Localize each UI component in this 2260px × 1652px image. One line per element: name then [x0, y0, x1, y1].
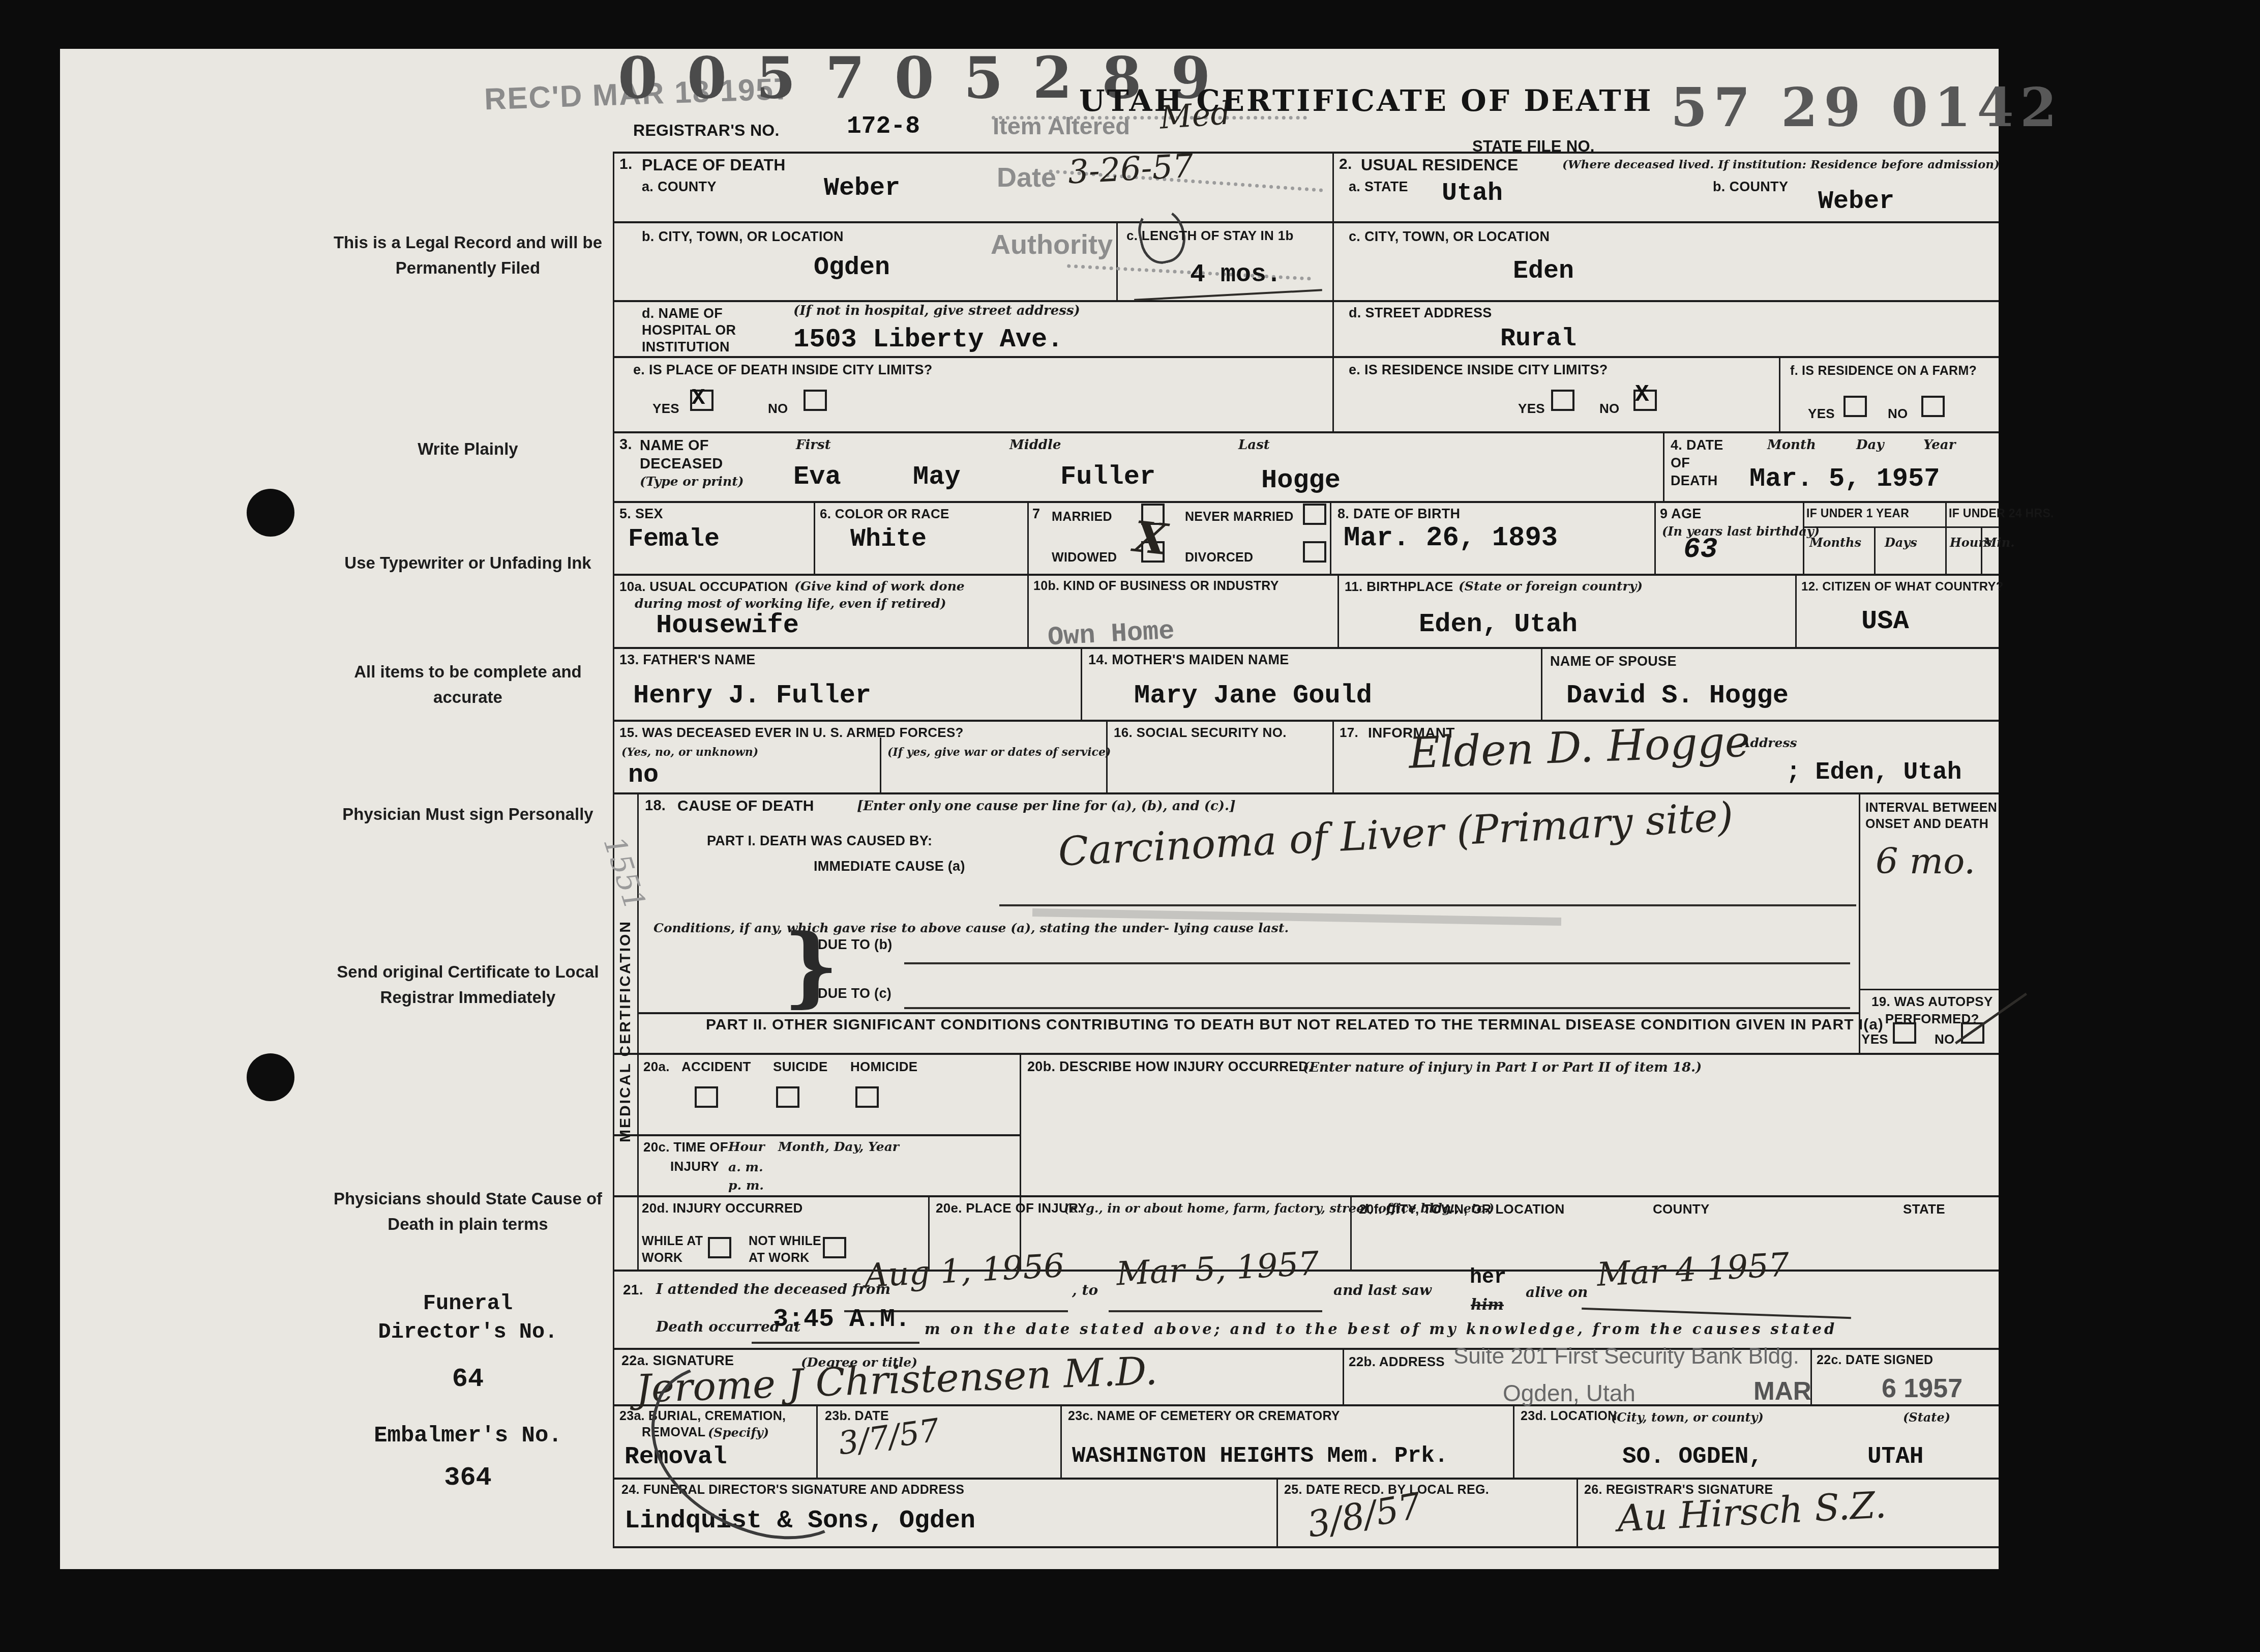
s20c-am-label: a. m. — [728, 1160, 763, 1174]
s2e-label: e. IS RESIDENCE INSIDE CITY LIMITS? — [1349, 362, 1608, 378]
s12-value: USA — [1861, 606, 1909, 636]
s10a-hint2: during most of working life, even if ret… — [635, 596, 946, 611]
s8-value: Mar. 26, 1893 — [1344, 523, 1558, 554]
s10a-hint1: (Give kind of work done — [794, 579, 965, 594]
s2f-yes-checkbox — [1843, 396, 1867, 417]
grid-line — [1874, 526, 1876, 574]
grid-line — [1276, 1478, 1278, 1546]
s2e-yes-checkbox — [1551, 390, 1574, 411]
s2-number: 2. — [1339, 156, 1352, 173]
s22c-label: 22c. DATE SIGNED — [1817, 1353, 1933, 1368]
hole-punch-bottom — [247, 1053, 294, 1101]
grid-line — [880, 737, 881, 792]
s2c-label: c. CITY, TOWN, OR LOCATION — [1349, 229, 1550, 245]
s3-middle-value: Fuller — [1060, 462, 1155, 492]
margin-note-write-plainly: Write Plainly — [325, 436, 610, 462]
s9-under1-label: IF UNDER 1 YEAR — [1806, 507, 1909, 520]
s7-divorced-checkbox — [1303, 541, 1326, 563]
grid-line — [1981, 526, 1982, 574]
s1e-yes-label: YES — [652, 401, 679, 417]
s21-her-label: her — [1470, 1266, 1506, 1289]
s20f-state-header: STATE — [1903, 1201, 1945, 1217]
s22b-address-stamp-line1: Suite 201 First Security Bank Bldg. — [1453, 1344, 1799, 1369]
s9-days-header: Days — [1885, 535, 1917, 550]
grid-line — [1859, 792, 1860, 1053]
interval-label: INTERVAL BETWEEN ONSET AND DEATH — [1865, 800, 1997, 832]
s20c-hour-header: Hour — [728, 1139, 765, 1154]
grid-line — [1859, 989, 1999, 990]
s20a-accident-label: ACCIDENT — [681, 1059, 751, 1075]
s3-last-header: Last — [1238, 437, 1270, 453]
grid-line — [613, 356, 1999, 358]
s21-text1: I attended the deceased from — [656, 1281, 890, 1297]
margin-note-send-original: Send original Certificate to Local Regis… — [325, 959, 610, 1010]
s18-brace: } — [783, 916, 839, 1017]
s23c-value: WASHINGTON HEIGHTS Mem. Prk. — [1072, 1443, 1448, 1469]
grid-line — [613, 152, 1999, 154]
s3-first-header: First — [796, 437, 831, 453]
s21-number: 21. — [623, 1282, 643, 1298]
s9-label: 9 AGE — [1660, 506, 1702, 522]
cause-line-a — [999, 904, 1856, 906]
grid-line — [1027, 501, 1029, 574]
s7-never-married-checkbox — [1303, 504, 1326, 525]
s21-time-value: 3:45 A.M. — [773, 1305, 910, 1334]
s6-value: White — [850, 525, 927, 554]
s18-bracket-hint: [Enter only one cause per line for (a), … — [857, 799, 1235, 814]
s4-day-header: Day — [1856, 437, 1884, 453]
s20d-label: 20d. INJURY OCCURRED — [642, 1200, 803, 1216]
s23d-state-hint: (State) — [1903, 1410, 1950, 1425]
s14-value: Mary Jane Gould — [1134, 681, 1372, 711]
s2d-value: Rural — [1500, 324, 1577, 353]
s23d-label: 23d. LOCATION — [1521, 1409, 1617, 1424]
s1e-yes-mark: X — [692, 386, 705, 411]
s21-text5: m on the date stated above; and to the b… — [925, 1320, 1837, 1338]
s9-under24-label: IF UNDER 24 HRS. — [1949, 507, 2054, 520]
s15-value: no — [628, 761, 659, 790]
s2b-value: Weber — [1818, 187, 1894, 216]
s19-yes-checkbox — [1893, 1022, 1916, 1044]
s22c-date-stamp-month: MAR — [1753, 1376, 1811, 1406]
cause-line-b — [904, 962, 1850, 964]
s20c-label: 20c. TIME OF — [643, 1139, 728, 1155]
s2-hint: (Where deceased lived. If institution: R… — [1562, 158, 2000, 171]
s2e-no-mark: X — [1635, 381, 1649, 408]
grid-line — [1779, 356, 1780, 431]
grid-line — [1513, 1404, 1514, 1478]
grid-line — [1060, 1404, 1062, 1478]
grid-line — [1330, 501, 1331, 574]
s1c-value: 4 mos. — [1190, 260, 1282, 289]
spouse-value: David S. Hogge — [1566, 681, 1789, 711]
s2f-no-checkbox — [1921, 396, 1945, 417]
s15-hint1: (Yes, no, or unknown) — [621, 746, 758, 759]
s20d-not-while-checkbox — [823, 1237, 846, 1258]
s21-to-line — [1109, 1310, 1322, 1312]
s3-middle-header: Middle — [1009, 437, 1061, 453]
s19-no-label: NO — [1935, 1031, 1955, 1047]
s18-part1-label: PART I. DEATH WAS CAUSED BY: — [707, 833, 932, 849]
grid-line — [1081, 647, 1082, 720]
grid-line — [613, 574, 1999, 576]
registrars-no-value: 172-8 — [847, 113, 920, 140]
s12-label: 12. CITIZEN OF WHAT COUNTRY? — [1801, 580, 2004, 594]
grid-line — [1027, 574, 1029, 647]
s10a-value: Housewife — [656, 610, 799, 640]
s16-label: 16. SOCIAL SECURITY NO. — [1114, 725, 1287, 741]
s23d-value: SO. OGDEN, — [1622, 1443, 1763, 1470]
s8-label: 8. DATE OF BIRTH — [1337, 506, 1460, 522]
s10a-label: 10a. USUAL OCCUPATION — [619, 579, 788, 595]
s18-immediate-cause-label: IMMEDIATE CAUSE (a) — [814, 859, 965, 874]
cause-line-c — [904, 1007, 1850, 1009]
grid-line — [1577, 1478, 1578, 1546]
s20c-pm-label: p. m. — [728, 1178, 764, 1193]
s3-number: 3. — [619, 436, 632, 453]
grid-line — [1343, 1348, 1344, 1404]
grid-line — [613, 1053, 1999, 1055]
s2c-value: Eden — [1513, 257, 1574, 286]
hole-punch-top — [247, 489, 294, 537]
s1d-label: d. NAME OF HOSPITAL OR INSTITUTION — [642, 305, 736, 356]
s21-text3: alive on — [1526, 1284, 1588, 1301]
s11-hint: (State or foreign country) — [1459, 579, 1643, 594]
s20d-while-label: WHILE AT WORK — [642, 1233, 703, 1266]
grid-line — [613, 792, 1999, 794]
s23d-hint: (City, town, or county) — [1611, 1410, 1764, 1425]
funeral-director-no-label: Funeral Director's No. — [315, 1289, 620, 1346]
s18-due-c-label: DUE TO (c) — [818, 986, 891, 1001]
s7-widowed-label: WIDOWED — [1052, 550, 1117, 565]
s18-part2-label: PART II. OTHER SIGNIFICANT CONDITIONS CO… — [706, 1016, 1884, 1034]
interval-value: 6 mo. — [1876, 840, 1975, 882]
s21-time-line — [752, 1342, 919, 1344]
s7-never-married-label: NEVER MARRIED — [1185, 510, 1294, 524]
s3-title: NAME OF DECEASED — [640, 436, 723, 473]
s22b-address-stamp-line2: Ogden, Utah — [1503, 1379, 1635, 1407]
s3-last-value: Hogge — [1261, 465, 1341, 495]
s18-title: CAUSE OF DEATH — [677, 798, 814, 815]
grid-line — [1795, 574, 1797, 647]
s21-text2: and last saw — [1333, 1282, 1432, 1299]
grid-line — [1803, 526, 1999, 528]
s4-year-header: Year — [1923, 437, 1955, 453]
s2a-label: a. STATE — [1349, 179, 1408, 195]
grid-line — [1663, 431, 1664, 501]
s2b-label: b. COUNTY — [1713, 179, 1788, 195]
grid-line — [1541, 647, 1542, 720]
s23c-label: 23c. NAME OF CEMETERY OR CREMATORY — [1068, 1409, 1340, 1424]
s1-number: 1. — [619, 156, 633, 173]
s1e-label: e. IS PLACE OF DEATH INSIDE CITY LIMITS? — [633, 362, 933, 378]
s21-him-struck: him — [1471, 1296, 1504, 1314]
date-stamp-value: 3-26-57 — [1067, 147, 1194, 192]
s1a-value: Weber — [824, 174, 900, 203]
s1-title: PLACE OF DEATH — [642, 156, 786, 174]
s3-first2-value: May — [913, 462, 961, 492]
s7-divorced-label: DIVORCED — [1185, 550, 1253, 565]
s20d-not-while-label: NOT WHILE AT WORK — [749, 1233, 821, 1266]
s3-first-value: Eva — [793, 462, 841, 492]
s7-married-label: MARRIED — [1052, 510, 1112, 524]
margin-note-plain-terms: Physicians should State Cause of Death i… — [325, 1186, 610, 1237]
margin-note-physician-sign: Physician Must sign Personally — [325, 802, 610, 827]
s1a-label: a. COUNTY — [642, 179, 717, 195]
s9-min-header: Min. — [1983, 535, 2015, 550]
grid-line — [613, 1195, 1999, 1197]
s17-address-header: Address — [1740, 735, 1797, 750]
grid-line — [613, 501, 1999, 503]
s15-hint2: (If yes, give war or dates of service) — [887, 746, 1111, 759]
s1c-label: c. LENGTH OF STAY IN 1b — [1126, 228, 1294, 244]
s1d-hint: (If not in hospital, give street address… — [793, 303, 1080, 318]
s14-label: 14. MOTHER'S MAIDEN NAME — [1088, 652, 1289, 668]
s7-widowed-mark: X — [1132, 511, 1170, 565]
authority-stamp: Authority — [991, 229, 1113, 260]
s1e-no-checkbox — [804, 390, 827, 411]
medical-certification-text: MEDICAL CERTIFICATION — [617, 920, 634, 1142]
s20f-label: 20f. CITY, TOWN, OR LOCATION — [1359, 1201, 1565, 1217]
s10b-label: 10b. KIND OF BUSINESS OR INDUSTRY — [1033, 579, 1279, 594]
s11-label: 11. BIRTHPLACE — [1345, 579, 1453, 595]
margin-note-typewriter: Use Typewriter or Unfading Ink — [325, 550, 610, 576]
s20a-suicide-label: SUICIDE — [773, 1059, 828, 1075]
s2d-label: d. STREET ADDRESS — [1349, 305, 1492, 321]
s2f-no-label: NO — [1888, 406, 1908, 422]
s17-address-value: ; Eden, Utah — [1786, 759, 1962, 786]
s2a-value: Utah — [1442, 179, 1503, 208]
s20b-label: 20b. DESCRIBE HOW INJURY OCCURRED. — [1027, 1059, 1313, 1075]
state-file-no-stamp: 57 29 0142 — [1671, 76, 2063, 139]
s18-conditions-note: Conditions, if any, which gave rise to a… — [653, 920, 1289, 937]
grid-line — [613, 720, 1999, 722]
s6-label: 6. COLOR OR RACE — [820, 506, 949, 522]
s1b-label: b. CITY, TOWN, OR LOCATION — [642, 229, 844, 245]
s20a-suicide-checkbox — [776, 1086, 799, 1108]
s17-number: 17. — [1340, 725, 1358, 741]
s2-title: USUAL RESIDENCE — [1361, 156, 1519, 174]
grid-line — [613, 1546, 1999, 1548]
s20b-hint: (Enter nature of injury in Part I or Par… — [1303, 1060, 1702, 1075]
grid-line — [1020, 1053, 1021, 1270]
s21-to-label: , to — [1072, 1282, 1098, 1299]
s22b-label: 22b. ADDRESS — [1349, 1354, 1445, 1370]
s20c-label2: INJURY — [670, 1159, 719, 1174]
s2f-yes-label: YES — [1808, 406, 1835, 422]
s1e-no-label: NO — [768, 401, 788, 417]
s2f-label: f. IS RESIDENCE ON A FARM? — [1790, 364, 1977, 378]
s13-label: 13. FATHER'S NAME — [619, 652, 756, 668]
s2e-yes-label: YES — [1518, 401, 1545, 417]
s20a-homicide-label: HOMICIDE — [850, 1059, 917, 1075]
grid-line — [1332, 152, 1334, 431]
grid-line — [613, 647, 1999, 649]
embalmer-no-value: 364 — [315, 1463, 620, 1493]
embalmer-no-label: Embalmer's No. — [315, 1423, 620, 1449]
s18-number: 18. — [645, 798, 666, 814]
scanned-death-certificate: { "common": {"yes": "YES", "no": "NO", "… — [0, 0, 2260, 1652]
s2e-no-label: NO — [1599, 401, 1620, 417]
grid-line — [1945, 501, 1947, 574]
s20a-number: 20a. — [643, 1059, 670, 1075]
s1b-value: Ogden — [814, 253, 890, 282]
date-stamp-label: Date — [997, 162, 1056, 193]
s23d-state-value: UTAH — [1867, 1443, 1923, 1470]
s20a-homicide-checkbox — [855, 1086, 879, 1108]
s11-value: Eden, Utah — [1419, 609, 1578, 639]
funeral-director-no-value: 64 — [315, 1364, 620, 1394]
s7-number: 7 — [1032, 506, 1040, 522]
registrars-no-label: REGISTRAR'S NO. — [633, 121, 780, 140]
s20f-county-header: COUNTY — [1653, 1201, 1710, 1217]
grid-line — [613, 1134, 1020, 1136]
s1d-value: 1503 Liberty Ave. — [793, 324, 1063, 355]
s5-value: Female — [628, 525, 720, 554]
margin-note-legal-record: This is a Legal Record and will be Perma… — [325, 230, 610, 281]
s19-yes-label: YES — [1861, 1031, 1888, 1047]
s20d-while-checkbox — [708, 1237, 731, 1258]
grid-line — [814, 501, 815, 574]
s15-label: 15. WAS DECEASED EVER IN U. S. ARMED FOR… — [619, 725, 964, 741]
s4-month-header: Month — [1767, 437, 1816, 453]
s9-value: 63 — [1683, 533, 1717, 566]
grid-line — [1332, 720, 1334, 792]
grid-line — [613, 300, 1999, 302]
grid-line — [1116, 221, 1118, 300]
grid-line — [613, 221, 1999, 223]
s4-value: Mar. 5, 1957 — [1749, 464, 1940, 494]
s5-label: 5. SEX — [619, 506, 663, 522]
s20a-accident-checkbox — [695, 1086, 718, 1108]
grid-line — [1337, 574, 1339, 647]
s18-due-b-label: DUE TO (b) — [818, 937, 893, 953]
spouse-label: NAME OF SPOUSE — [1550, 654, 1677, 669]
s22c-date-stamp-value: 6 1957 — [1882, 1373, 1962, 1404]
s13-value: Henry J. Fuller — [633, 681, 871, 711]
grid-line — [613, 431, 1999, 433]
grid-line — [1654, 501, 1656, 574]
certificate-title: UTAH CERTIFICATE OF DEATH — [1079, 83, 1653, 118]
s9-months-header: Months — [1809, 535, 1861, 550]
s3-hint: (Type or print) — [640, 474, 744, 489]
s20c-mdy-header: Month, Day, Year — [778, 1139, 899, 1154]
margin-note-complete-accurate: All items to be complete and accurate — [325, 659, 610, 710]
s4-label: 4. DATE OF DEATH — [1671, 436, 1723, 490]
